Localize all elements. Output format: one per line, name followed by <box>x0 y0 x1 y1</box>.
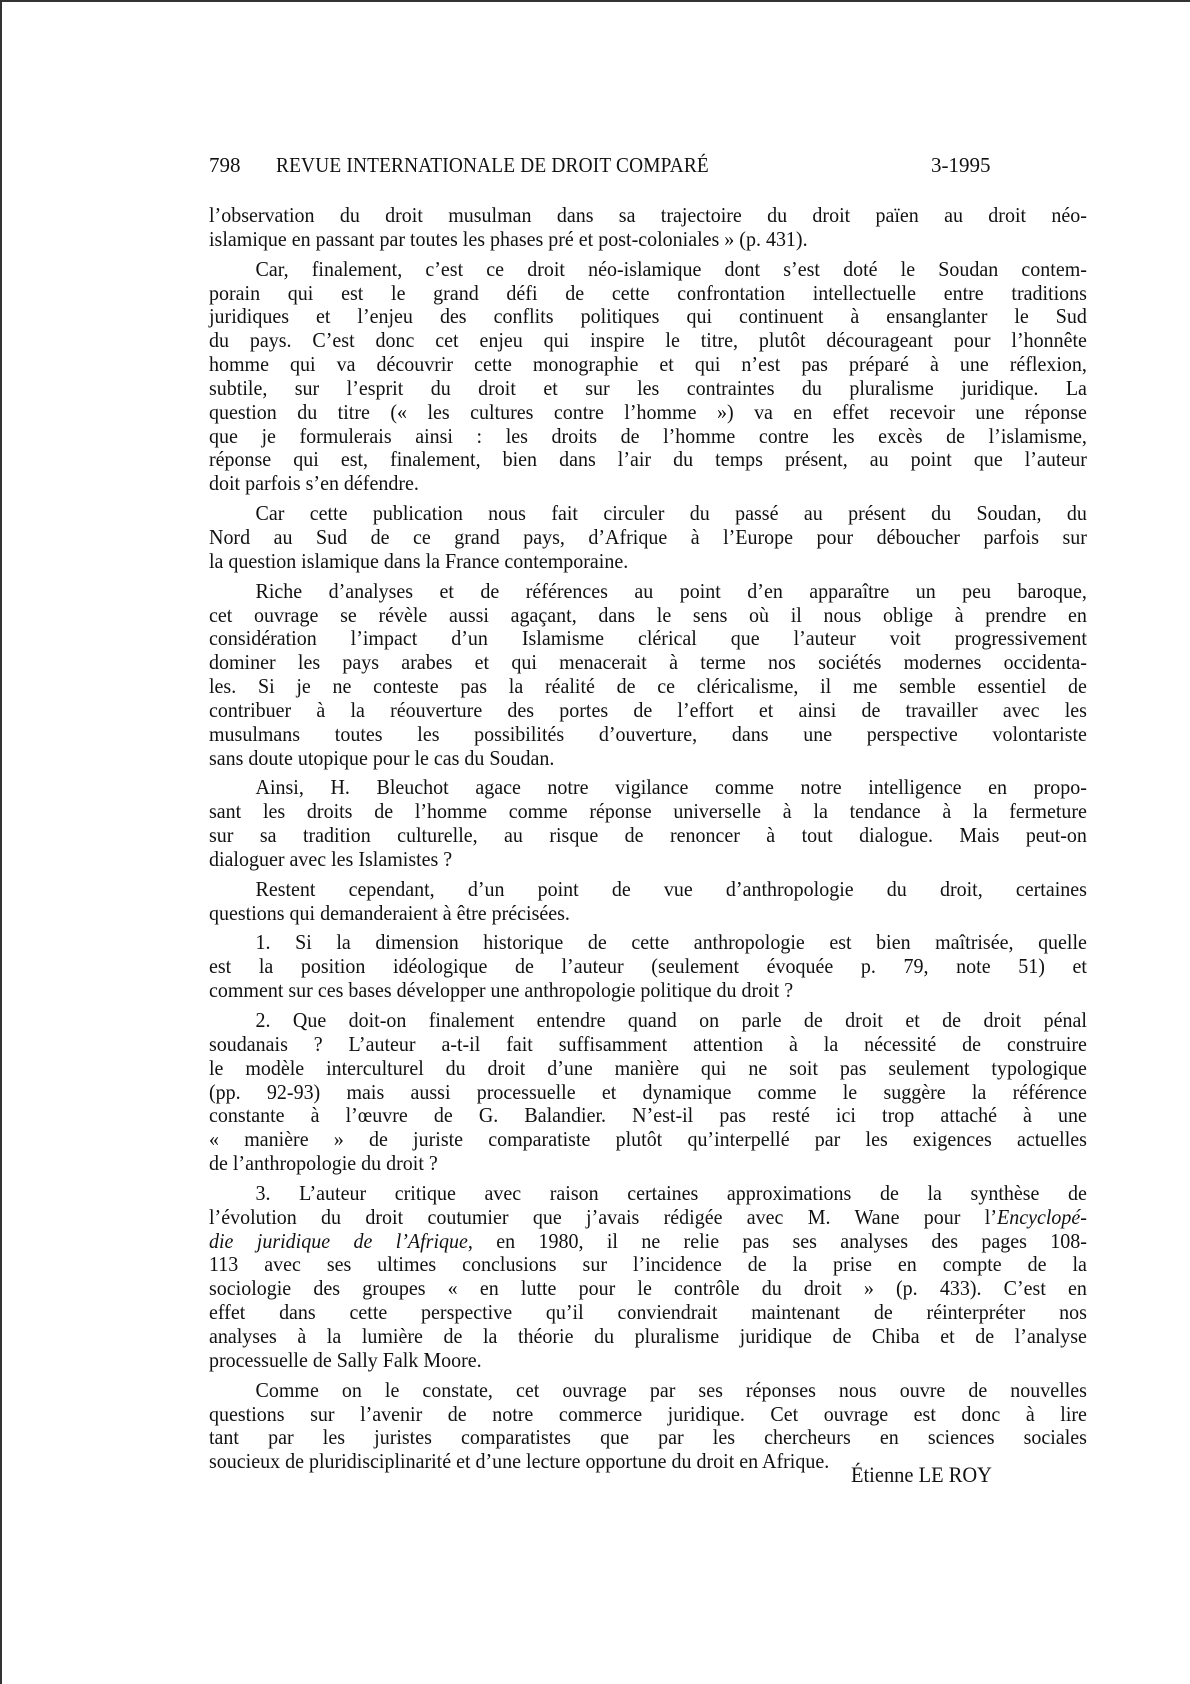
italic-book-title: Encyclopé- <box>997 1205 1087 1229</box>
text-line: 1. Si la dimension historique de cette a… <box>209 931 1087 955</box>
text-line: la question islamique dans la France con… <box>209 550 1087 574</box>
text-line: dominer les pays arabes et qui menacerai… <box>209 651 1087 675</box>
italic-book-title: die juridique de l’Afrique <box>209 1229 468 1253</box>
text-line: est la position idéologique de l’auteur … <box>209 955 1087 979</box>
page-number: 798 <box>209 150 241 180</box>
text-line: homme qui va découvrir cette monographie… <box>209 353 1087 377</box>
text-line: tant par les juristes comparatistes que … <box>209 1426 1087 1450</box>
text-line-with-italic: l’évolution du droit coutumier que j’ava… <box>209 1206 1087 1230</box>
text-line: question du titre (« les cultures contre… <box>209 401 1087 425</box>
paragraph-conclusion: Comme on le constate, cet ouvrage par se… <box>209 1379 1087 1474</box>
text-line: sans doute utopique pour le cas du Souda… <box>209 747 1087 771</box>
issue-number: 3-1995 <box>931 150 991 180</box>
text-line: islamique en passant par toutes les phas… <box>209 228 1087 252</box>
text-line: Comme on le constate, cet ouvrage par se… <box>209 1379 1087 1403</box>
text-line: dialoguer avec les Islamistes ? <box>209 848 1087 872</box>
text-line: l’observation du droit musulman dans sa … <box>209 204 1087 228</box>
question-3: 3. L’auteur critique avec raison certain… <box>209 1182 1087 1373</box>
text-line: Nord au Sud de ce grand pays, d’Afrique … <box>209 526 1087 550</box>
question-1: 1. Si la dimension historique de cette a… <box>209 931 1087 1003</box>
text-line: comment sur ces bases développer une ant… <box>209 979 1087 1003</box>
text-line: processuelle de Sally Falk Moore. <box>209 1349 1087 1373</box>
review-body: l’observation du droit musulman dans sa … <box>209 204 1087 1474</box>
paragraph: Car, finalement, c’est ce droit néo-isla… <box>209 258 1087 496</box>
text-line: juridiques et l’enjeu des conflits polit… <box>209 305 1087 329</box>
text-line: Riche d’analyses et de références au poi… <box>209 580 1087 604</box>
paragraph: Car cette publication nous fait circuler… <box>209 502 1087 574</box>
text-line: Car, finalement, c’est ce droit néo-isla… <box>209 258 1087 282</box>
text-line: que je formulerais ainsi : les droits de… <box>209 425 1087 449</box>
text-line: Ainsi, H. Bleuchot agace notre vigilance… <box>209 776 1087 800</box>
text-line: porain qui est le grand défi de cette co… <box>209 282 1087 306</box>
text-line: questions sur l’avenir de notre commerce… <box>209 1403 1087 1427</box>
text-line: effet dans cette perspective qu’il convi… <box>209 1301 1087 1325</box>
paragraph-continuation: l’observation du droit musulman dans sa … <box>209 204 1087 252</box>
text-line: Car cette publication nous fait circuler… <box>209 502 1087 526</box>
text-line: les. Si je ne conteste pas la réalité de… <box>209 675 1087 699</box>
author-signature: Étienne LE ROY <box>851 1461 992 1489</box>
text-line: analyses à la lumière de la théorie du p… <box>209 1325 1087 1349</box>
text-line: Restent cependant, d’un point de vue d’a… <box>209 878 1087 902</box>
text-line: 2. Que doit-on finalement entendre quand… <box>209 1009 1087 1033</box>
text-line: le modèle interculturel du droit d’une m… <box>209 1057 1087 1081</box>
text-line: (pp. 92-93) mais aussi processuelle et d… <box>209 1081 1087 1105</box>
paragraph: Ainsi, H. Bleuchot agace notre vigilance… <box>209 776 1087 871</box>
question-2: 2. Que doit-on finalement entendre quand… <box>209 1009 1087 1176</box>
text-line: sociologie des groupes « en lutte pour l… <box>209 1277 1087 1301</box>
text-line: 113 avec ses ultimes conclusions sur l’i… <box>209 1253 1087 1277</box>
text-segment: l’évolution du droit coutumier que j’ava… <box>209 1205 997 1229</box>
text-line: musulmans toutes les possibilités d’ouve… <box>209 723 1087 747</box>
text-line: soudanais ? L’auteur a-t-il fait suffisa… <box>209 1033 1087 1057</box>
text-line: contribuer à la réouverture des portes d… <box>209 699 1087 723</box>
text-line: cet ouvrage se révèle aussi agaçant, dan… <box>209 604 1087 628</box>
text-line: considération l’impact d’un Islamisme cl… <box>209 627 1087 651</box>
text-line: subtile, sur l’esprit du droit et sur le… <box>209 377 1087 401</box>
text-line: questions qui demanderaient à être préci… <box>209 902 1087 926</box>
text-line-with-italic: die juridique de l’Afrique, en 1980, il … <box>209 1230 1087 1254</box>
text-line: du pays. C’est donc cet enjeu qui inspir… <box>209 329 1087 353</box>
text-segment: , en 1980, il ne relie pas ses analyses … <box>468 1229 1087 1253</box>
paragraph: Restent cependant, d’un point de vue d’a… <box>209 878 1087 926</box>
text-line: de l’anthropologie du droit ? <box>209 1152 1087 1176</box>
text-line: 3. L’auteur critique avec raison certain… <box>209 1182 1087 1206</box>
text-line: constante à l’œuvre de G. Balandier. N’e… <box>209 1104 1087 1128</box>
journal-title: REVUE INTERNATIONALE DE DROIT COMPARÉ <box>276 150 709 180</box>
text-line: « manière » de juriste comparatiste plut… <box>209 1128 1087 1152</box>
text-line: sant les droits de l’homme comme réponse… <box>209 800 1087 824</box>
text-line: doit parfois s’en défendre. <box>209 472 1087 496</box>
text-line: sur sa tradition culturelle, au risque d… <box>209 824 1087 848</box>
text-line: réponse qui est, finalement, bien dans l… <box>209 448 1087 472</box>
paragraph: Riche d’analyses et de références au poi… <box>209 580 1087 771</box>
running-head: 798 REVUE INTERNATIONALE DE DROIT COMPAR… <box>209 150 999 180</box>
